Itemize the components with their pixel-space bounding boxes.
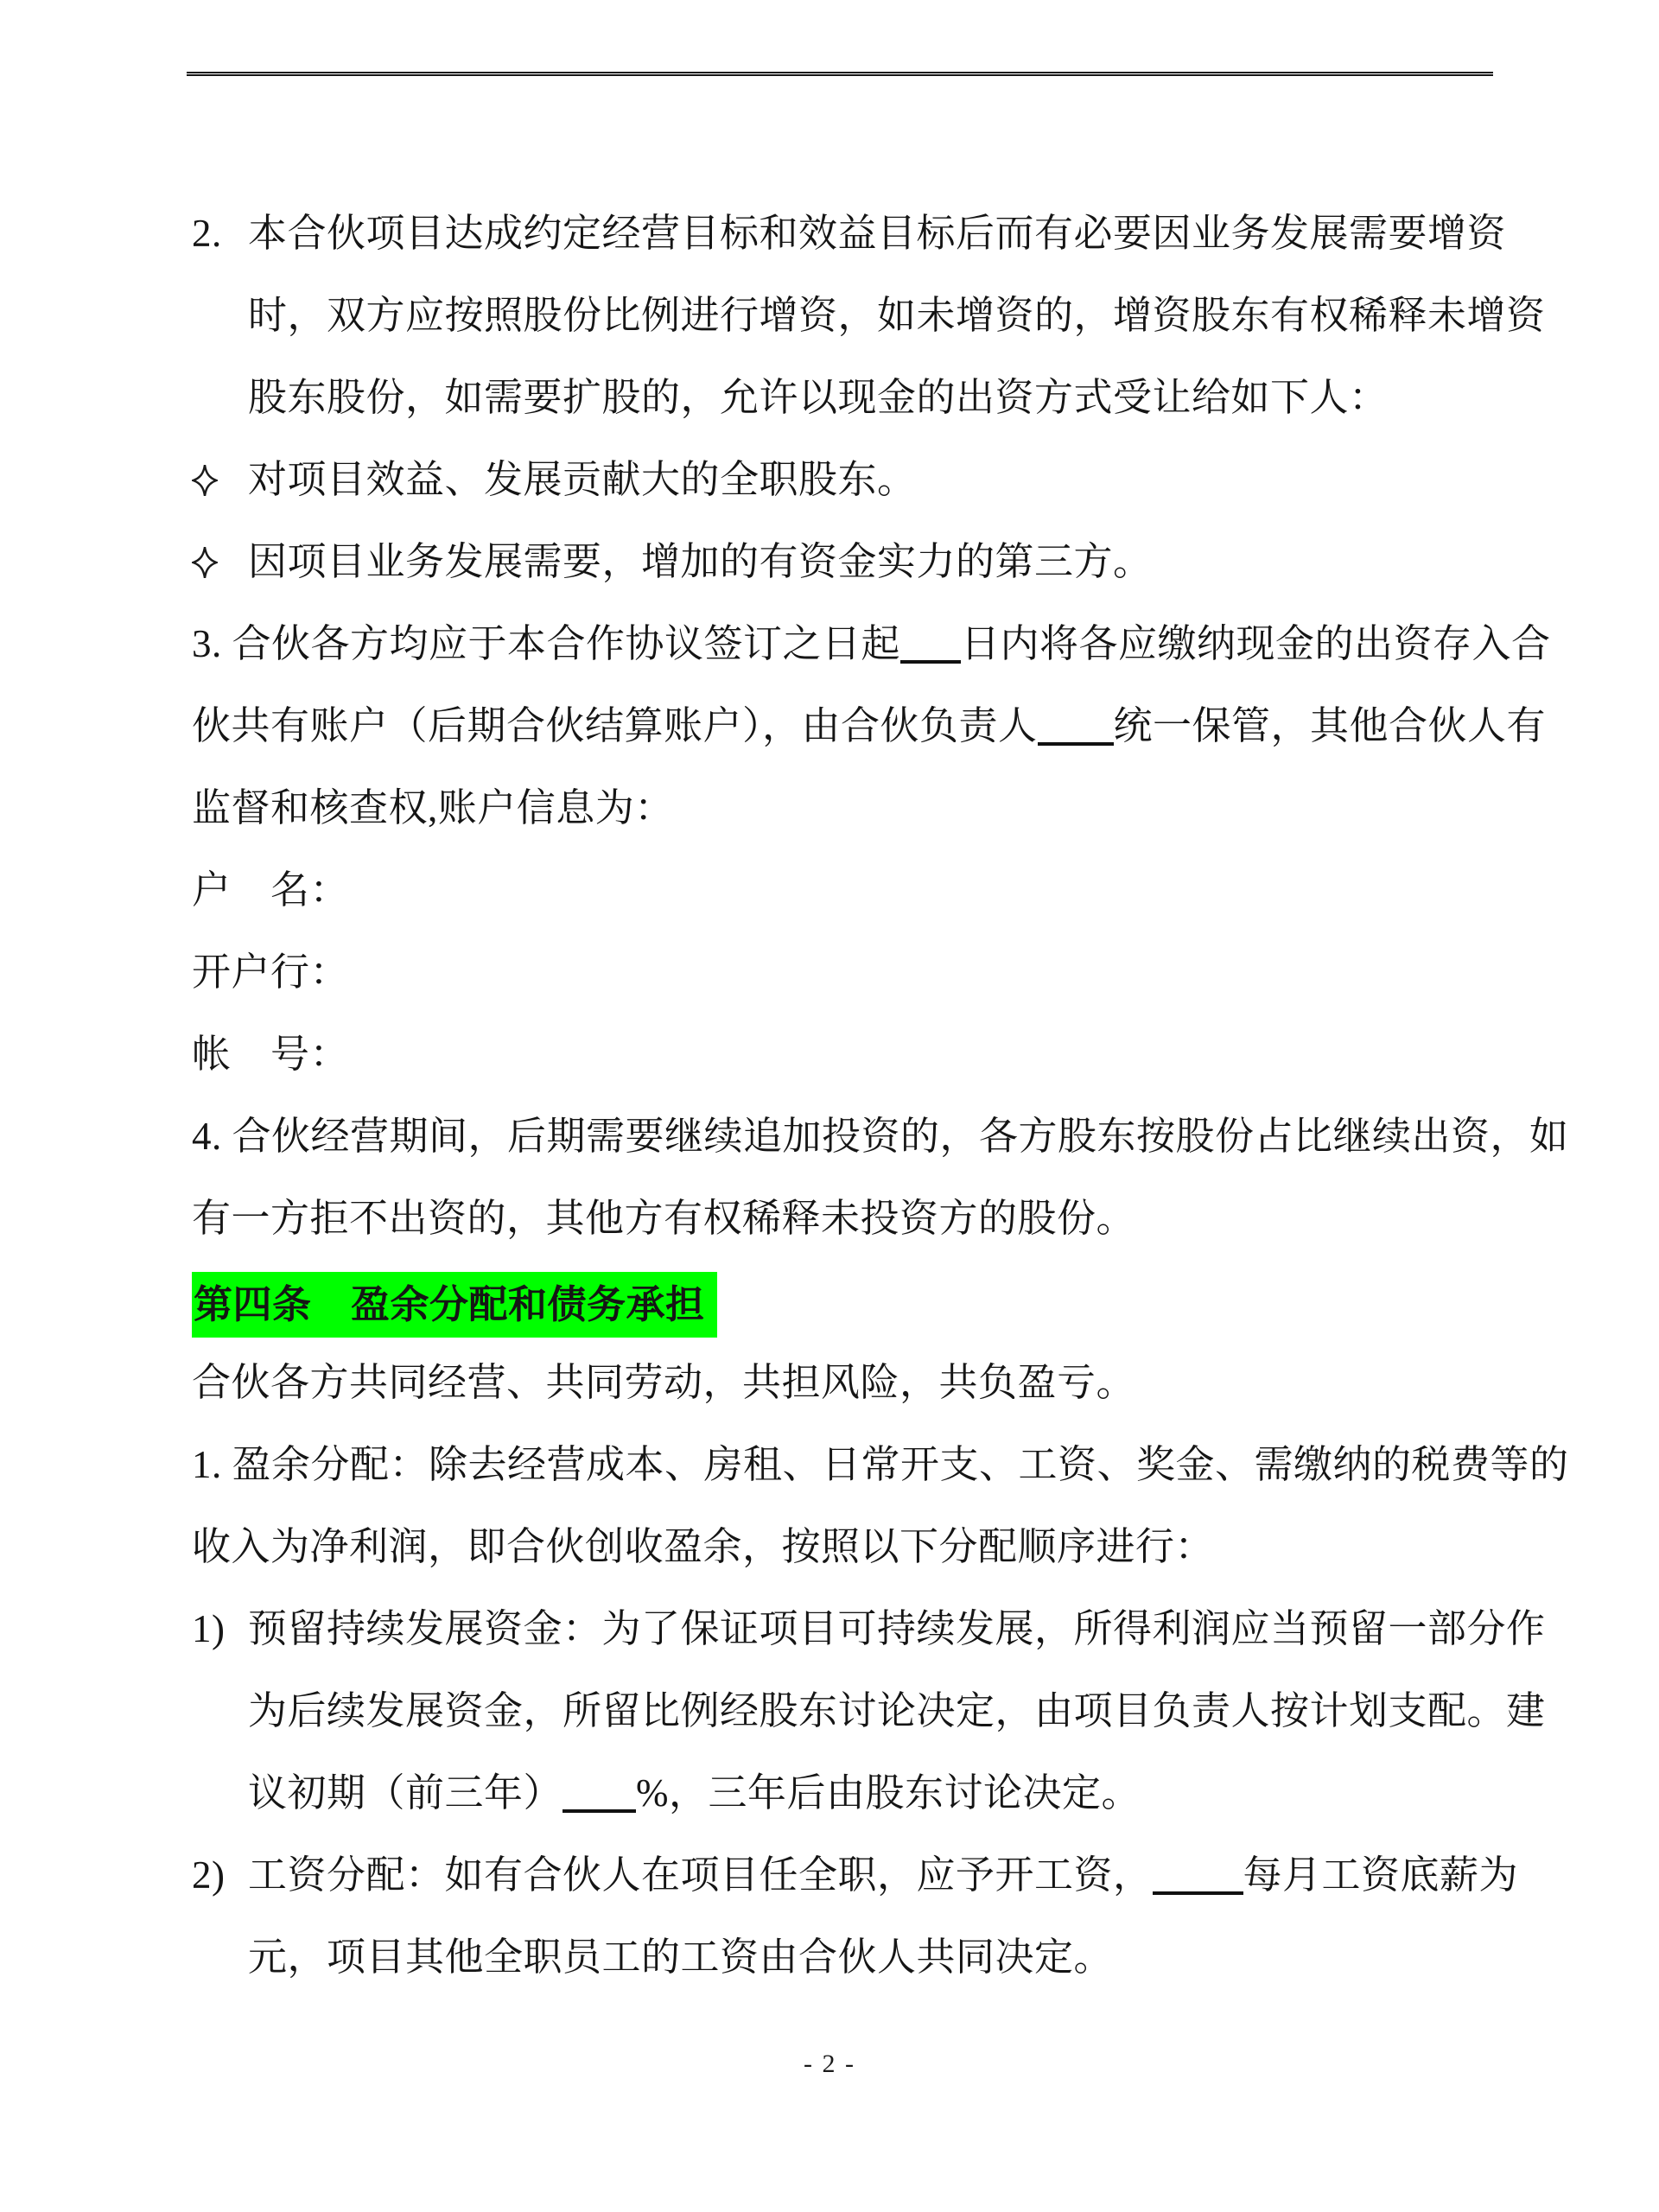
section-heading-line: 第四条 盈余分配和债务承担 bbox=[192, 1260, 1497, 1342]
document-line: 2)工资分配：如有合伙人在项目任全职，应予开工资，每月工资底薪为 bbox=[192, 1834, 1497, 1916]
document-line: 议初期（前三年）%，三年后由股东讨论决定。 bbox=[192, 1752, 1497, 1834]
text-run: 元，项目其他全职员工的工资由合伙人共同决定。 bbox=[248, 1935, 1113, 1979]
text-run: 3. 合伙各方均应于本合作协议签订之日起 bbox=[192, 622, 900, 665]
text-run: 合伙各方共同经营、共同劳动，共担风险，共负盈亏。 bbox=[192, 1361, 1135, 1404]
document-line: 合伙各方共同经营、共同劳动，共担风险，共负盈亏。 bbox=[192, 1342, 1497, 1424]
document-body: 2.本合伙项目达成约定经营目标和效益目标后而有必要因业务发展需要增资时，双方应按… bbox=[192, 193, 1497, 1999]
text-run: 每月工资底薪为 bbox=[1243, 1853, 1519, 1897]
text-run: 4. 合伙经营期间，后期需要继续追加投资的，各方股东按股份占比继续出资，如 bbox=[192, 1115, 1569, 1158]
text-run: 帐 号： bbox=[192, 1033, 349, 1076]
document-line: 元，项目其他全职员工的工资由合伙人共同决定。 bbox=[192, 1916, 1497, 1999]
document-line: 有一方拒不出资的，其他方有权稀释未投资方的股份。 bbox=[192, 1178, 1497, 1260]
fill-in-blank-underline bbox=[1153, 1885, 1243, 1895]
text-run: 伙共有账户（后期合伙结算账户），由合伙负责人 bbox=[192, 704, 1038, 747]
text-run: 户 名： bbox=[192, 868, 349, 912]
text-run: 工资分配：如有合伙人在项目任全职，应予开工资， bbox=[248, 1853, 1153, 1897]
text-run: 开户行： bbox=[192, 950, 349, 994]
document-line: 监督和核查权,账户信息为： bbox=[192, 767, 1497, 849]
list-number: 1) bbox=[192, 1588, 248, 1670]
text-run: %，三年后由股东讨论决定。 bbox=[636, 1771, 1141, 1815]
text-run: 统一保管，其他合伙人有 bbox=[1114, 704, 1547, 747]
list-number: 2) bbox=[192, 1834, 248, 1916]
text-run: 收入为净利润，即合伙创收盈余，按照以下分配顺序进行： bbox=[192, 1525, 1214, 1568]
highlighted-heading: 第四条 盈余分配和债务承担 bbox=[192, 1272, 717, 1338]
document-line: 为后续发展资金，所留比例经股东讨论决定，由项目负责人按计划支配。建 bbox=[192, 1670, 1497, 1752]
document-line: 股东股份，如需要扩股的，允许以现金的出资方式受让给如下人： bbox=[192, 357, 1497, 439]
text-run: 日内将各应缴纳现金的出资存入合 bbox=[961, 622, 1551, 665]
four-pointed-star-bullet-icon bbox=[192, 439, 248, 521]
header-rule bbox=[187, 72, 1493, 76]
document-line: 1. 盈余分配：除去经营成本、房租、日常开支、工资、奖金、需缴纳的税费等的 bbox=[192, 1424, 1497, 1506]
document-page: 2.本合伙项目达成约定经营目标和效益目标后而有必要因业务发展需要增资时，双方应按… bbox=[0, 0, 1659, 2212]
text-run: 1. 盈余分配：除去经营成本、房租、日常开支、工资、奖金、需缴纳的税费等的 bbox=[192, 1443, 1569, 1486]
text-run: 对项目效益、发展贡献大的全职股东。 bbox=[248, 458, 917, 501]
document-line: 伙共有账户（后期合伙结算账户），由合伙负责人统一保管，其他合伙人有 bbox=[192, 685, 1497, 767]
fill-in-blank-underline bbox=[563, 1802, 636, 1813]
text-run: 议初期（前三年） bbox=[248, 1771, 563, 1815]
text-run: 监督和核查权,账户信息为： bbox=[192, 786, 674, 829]
text-run: 预留持续发展资金：为了保证项目可持续发展，所得利润应当预留一部分作 bbox=[248, 1607, 1546, 1650]
page-number: - 2 - bbox=[0, 2050, 1659, 2079]
document-line: 开户行： bbox=[192, 931, 1497, 1014]
list-number: 2. bbox=[192, 193, 248, 275]
text-run: 为后续发展资金，所留比例经股东讨论决定，由项目负责人按计划支配。建 bbox=[248, 1689, 1546, 1732]
document-line: 2.本合伙项目达成约定经营目标和效益目标后而有必要因业务发展需要增资 bbox=[192, 193, 1497, 275]
text-run: 本合伙项目达成约定经营目标和效益目标后而有必要因业务发展需要增资 bbox=[248, 212, 1506, 255]
text-run: 因项目业务发展需要，增加的有资金实力的第三方。 bbox=[248, 540, 1153, 583]
document-line: 3. 合伙各方均应于本合作协议签订之日起日内将各应缴纳现金的出资存入合 bbox=[192, 603, 1497, 685]
document-line: 收入为净利润，即合伙创收盈余，按照以下分配顺序进行： bbox=[192, 1506, 1497, 1588]
document-line: 户 名： bbox=[192, 849, 1497, 931]
document-line: 帐 号： bbox=[192, 1014, 1497, 1096]
fill-in-blank-underline bbox=[1038, 735, 1114, 746]
text-run: 时，双方应按照股份比例进行增资，如未增资的，增资股东有权稀释未增资 bbox=[248, 294, 1546, 337]
text-run: 第四条 盈余分配和债务承担 bbox=[194, 1283, 705, 1326]
four-pointed-star-bullet-icon bbox=[192, 521, 248, 603]
document-line: 对项目效益、发展贡献大的全职股东。 bbox=[192, 439, 1497, 521]
text-run: 股东股份，如需要扩股的，允许以现金的出资方式受让给如下人： bbox=[248, 376, 1389, 419]
document-line: 1)预留持续发展资金：为了保证项目可持续发展，所得利润应当预留一部分作 bbox=[192, 1588, 1497, 1670]
document-line: 因项目业务发展需要，增加的有资金实力的第三方。 bbox=[192, 521, 1497, 603]
document-line: 4. 合伙经营期间，后期需要继续追加投资的，各方股东按股份占比继续出资，如 bbox=[192, 1096, 1497, 1178]
document-line: 时，双方应按照股份比例进行增资，如未增资的，增资股东有权稀释未增资 bbox=[192, 275, 1497, 357]
fill-in-blank-underline bbox=[900, 653, 961, 664]
text-run: 有一方拒不出资的，其他方有权稀释未投资方的股份。 bbox=[192, 1197, 1135, 1240]
